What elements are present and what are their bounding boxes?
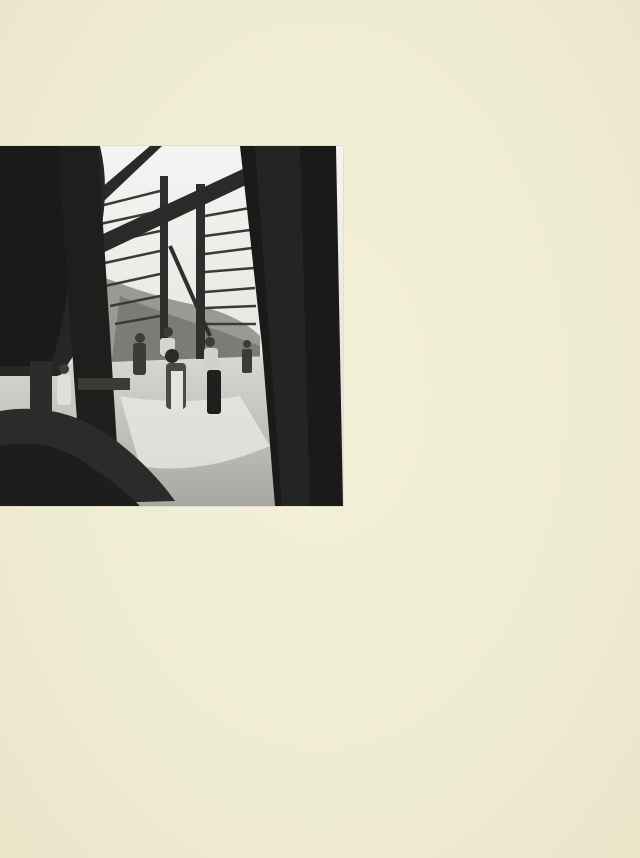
photo-scene [0,146,343,506]
mounted-photograph [0,146,343,506]
album-page [0,0,640,858]
